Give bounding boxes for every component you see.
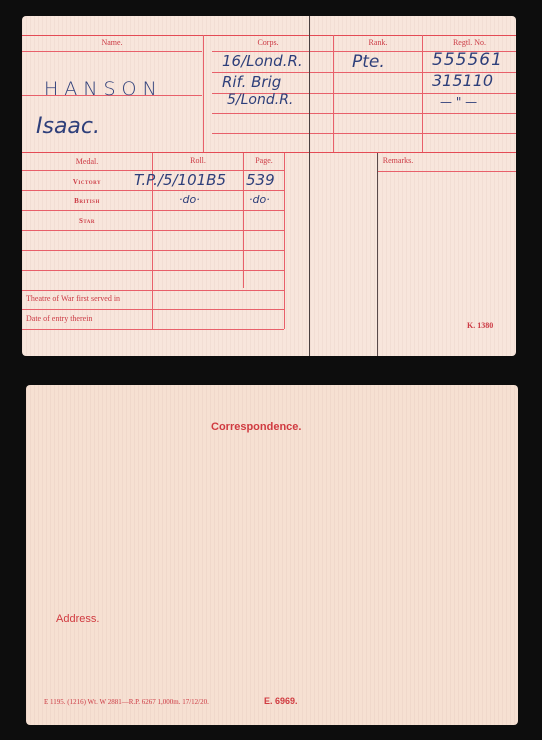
medal-star: Star [22,217,152,225]
printer-line: E 1195. (1216) Wt. W 2881—R.P. 6267 1,00… [44,698,209,706]
regtl-no-1: 555561 [432,50,503,70]
corps-line-1: 16/Lond.R. [222,52,303,70]
victory-roll: T.P./5/101B5 [134,171,226,189]
address-label: Address. [56,613,99,625]
theatre-label: Theatre of War first served in [26,294,120,303]
corps-line-2: Rif. Brig [222,73,281,91]
medal-victory: Victory [22,178,152,186]
regtl-no-header: Regtl. No. [423,38,516,47]
regtl-no-3: — " — [440,95,477,109]
british-page: ·do· [249,193,270,206]
roll-header: Roll. [153,156,243,165]
forename: Isaac. [36,114,100,139]
british-roll: ·do· [179,193,200,206]
medal-header: Medal. [22,157,152,166]
victory-page: 539 [246,171,275,189]
surname: HANSON [44,78,163,100]
corps-header: Corps. [204,38,332,47]
corps-line-3: 5/Lond.R. [227,92,293,108]
name-header: Name. [22,38,202,47]
form-number: E. 6969. [264,696,298,706]
remarks-header: Remarks. [378,156,418,165]
rank-value: Pte. [352,52,385,72]
medal-british: British [22,197,152,205]
correspondence-label: Correspondence. [211,421,301,433]
rank-header: Rank. [334,38,422,47]
medal-card-front: Name. Corps. Rank. Regtl. No. HANSON Isa… [22,16,516,356]
medal-card-back: Correspondence. Address. E 1195. (1216) … [26,385,518,725]
regtl-no-2: 315110 [432,71,493,90]
form-code: K. 1380 [467,321,493,330]
page-header: Page. [244,156,284,165]
date-entry-label: Date of entry therein [26,314,92,323]
